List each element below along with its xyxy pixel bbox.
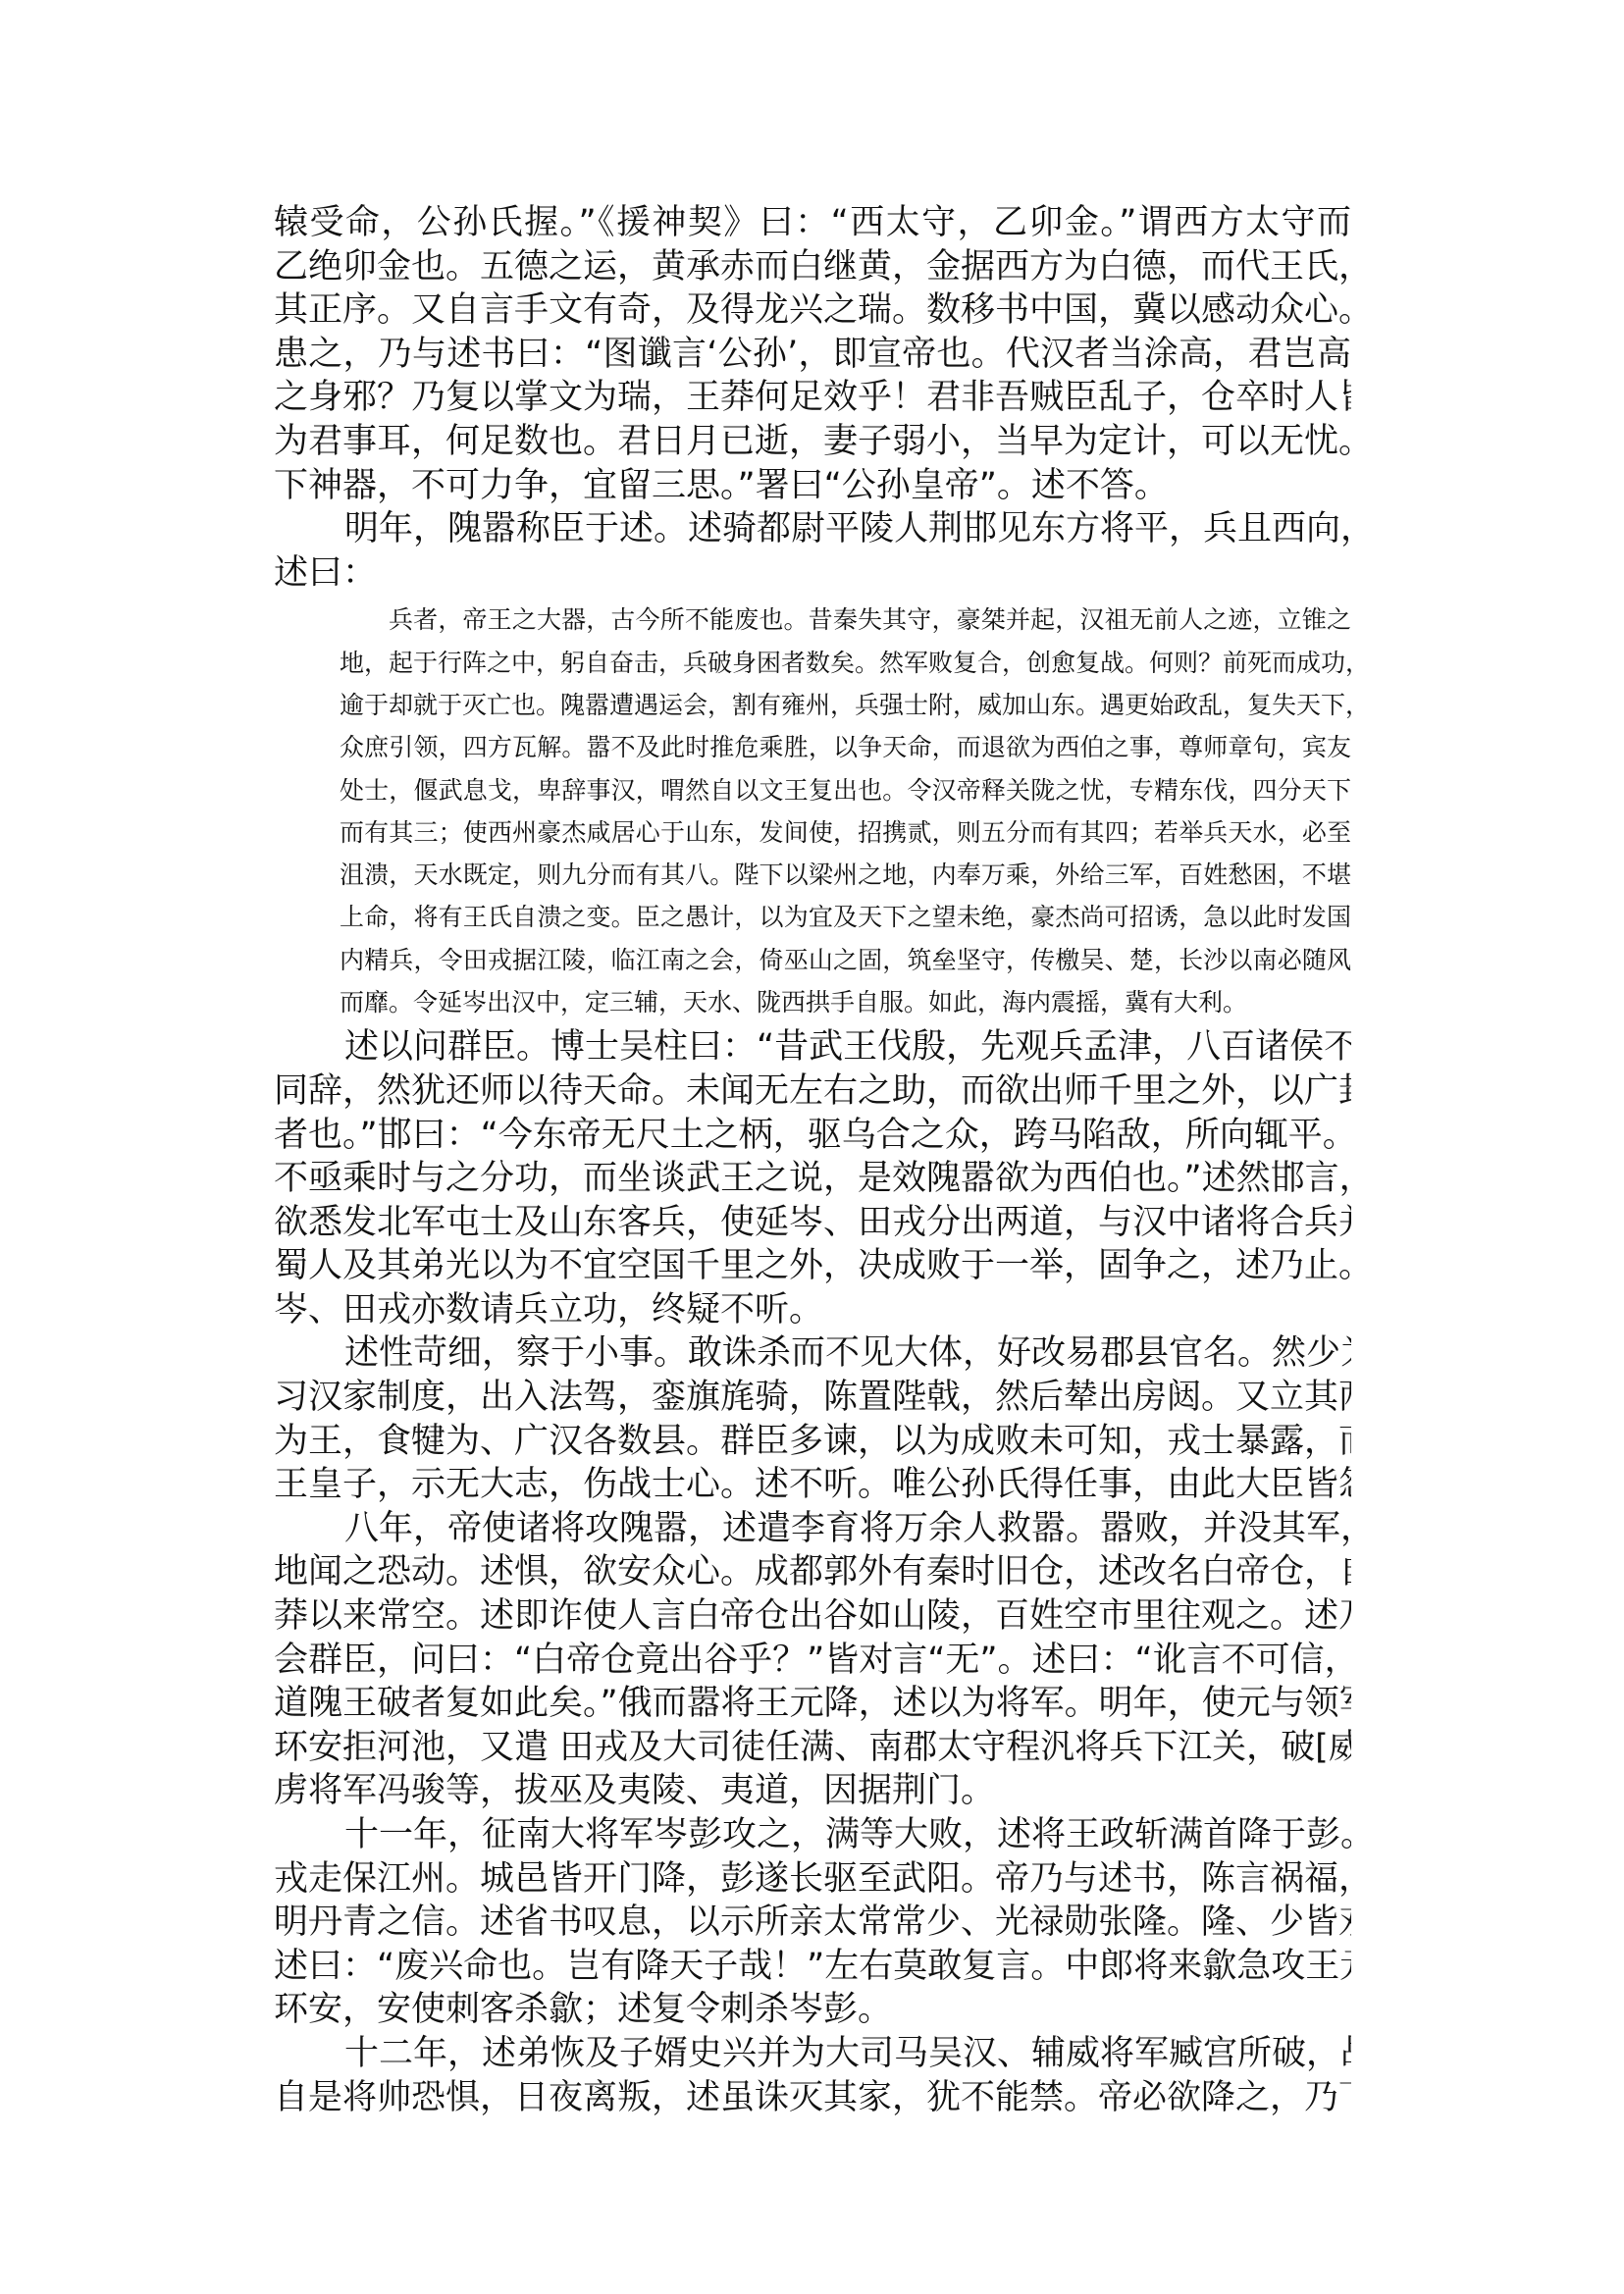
paragraph-2: 明年，隗嚣称臣于述。述骑都尉平陵人荆邯见东方将平，兵且西向，说 述曰： xyxy=(274,507,1351,595)
block-quote: 兵者，帝王之大器，古今所不能废也。昔秦失其守，豪桀并起，汉祖无前人之迹，立锥之 … xyxy=(340,599,1351,1023)
text-line: 患之，乃与述书曰：“图谶言‘公孙’，即宣帝也。代汉者当涂高，君岂高 xyxy=(274,333,1351,377)
text-line: 为王，食犍为、广汉各数县。群臣多谏，以为成败未可知，戎士暴露，而遽 xyxy=(274,1420,1351,1464)
quote-line: 上命，将有王氏自溃之变。臣之愚计，以为宜及天下之望未绝，豪杰尚可招诱，急以此时发… xyxy=(340,896,1351,938)
text-line: 十一年，征南大将军岑彭攻之，满等大败，述将王政斩满首降于彭。田 xyxy=(274,1813,1351,1857)
quote-line: 兵者，帝王之大器，古今所不能废也。昔秦失其守，豪桀并起，汉祖无前人之迹，立锥之 xyxy=(340,599,1351,641)
text-line: 环安拒河池，又遣 田戎及大司徒任满、南郡太守程汎将兵下江关，破[威] xyxy=(274,1726,1351,1770)
quote-line: 处士，偃武息戈，卑辞事汉，喟然自以文王复出也。令汉帝释关陇之忧，专精东伐，四分天… xyxy=(340,769,1351,811)
text-line: 王皇子，示无大志，伤战士心。述不听。唯公孙氏得任事，由此大臣皆怨。 xyxy=(274,1463,1351,1507)
text-line: 自是将帅恐惧，日夜离叛，述虽诛灭其家，犹不能禁。帝必欲降之，乃下诏 xyxy=(274,2076,1351,2120)
text-line: 乙绝卯金也。五德之运，黄承赤而白继黄，金据西方为白德，而代王氏，得 xyxy=(274,245,1351,289)
text-line: 戎走保江州。城邑皆开门降，彭遂长驱至武阳。帝乃与述书，陈言祸福，以 xyxy=(274,1857,1351,1902)
text-line: 八年，帝使诸将攻隗嚣，述遣李育将万余人救嚣。嚣败，并没其军，蜀 xyxy=(274,1507,1351,1551)
paragraph-7: 十二年，述弟恢及子婿史兴并为大司马吴汉、辅威将军臧宫所破，战死。 自是将帅恐惧，… xyxy=(274,2032,1351,2119)
quote-line: 而靡。令延岑出汉中，定三辅，天水、陇西拱手自服。如此，海内震摇，冀有大利。 xyxy=(340,981,1351,1023)
text-line: 者也。”邯曰：“今东帝无尺土之柄，驱乌合之众，跨马陷敌，所向辄平。 xyxy=(274,1114,1351,1158)
quote-line: 内精兵，令田戎据江陵，临江南之会，倚巫山之固，筑垒坚守，传檄吴、楚，长沙以南必随… xyxy=(340,939,1351,981)
text-line: 虏将军冯骏等，拔巫及夷陵、夷道，因据荆门。 xyxy=(274,1769,1351,1813)
text-line: 蜀人及其弟光以为不宜空国千里之外，决成败于一举，固争之，述乃止。延 xyxy=(274,1244,1351,1288)
text-line: 辕受命，公孙氏握。”《援神契》曰：“西太守，乙卯金。”谓西方太守而 xyxy=(274,201,1351,245)
text-line: 述曰：“废兴命也。岂有降天子哉！”左右莫敢复言。中郎将来歙急攻王元、 xyxy=(274,1945,1351,1989)
text-line: 之身邪？乃复以掌文为瑞，王莽何足效乎！君非吾贼臣乱子，仓卒时人皆欲 xyxy=(274,376,1351,420)
text-line: 莽以来常空。述即诈使人言白帝仓出谷如山陵，百姓空市里往观之。述乃大 xyxy=(274,1594,1351,1639)
text-line: 下神器，不可力争，宜留三思。”署曰“公孙皇帝”。述不答。 xyxy=(274,464,1351,508)
paragraph-1: 辕受命，公孙氏握。”《援神契》曰：“西太守，乙卯金。”谓西方太守而 乙绝卯金也。… xyxy=(274,201,1351,507)
text-line: 述曰： xyxy=(274,551,1351,596)
text-line: 环安，安使刺客杀歙；述复令刺杀岑彭。 xyxy=(274,1988,1351,2032)
text-line: 述以问群臣。博士吴柱曰：“昔武王伐殷，先观兵孟津，八百诸侯不期 xyxy=(274,1025,1351,1069)
text-line: 明丹青之信。述省书叹息，以示所亲太常常少、光禄勋张隆。隆、少皆劝降。 xyxy=(274,1901,1351,1945)
text-line: 述性苛细，察于小事。敢诛杀而不见大体，好改易郡县官名。然少为郎， xyxy=(274,1331,1351,1376)
text-line: 习汉家制度，出入法驾，銮旗旄骑，陈置陛戟，然后辇出房闼。又立其两子 xyxy=(274,1376,1351,1420)
text-line: 岑、田戎亦数请兵立功，终疑不听。 xyxy=(274,1288,1351,1332)
quote-line: 众庶引领，四方瓦解。嚣不及此时推危乘胜，以争天命，而退欲为西伯之事，尊师章句，宾… xyxy=(340,726,1351,768)
paragraph-3: 述以问群臣。博士吴柱曰：“昔武王伐殷，先观兵孟津，八百诸侯不期 同辞，然犹还师以… xyxy=(274,1025,1351,1331)
text-line: 会群臣，问曰：“白帝仓竟出谷乎？”皆对言“无”。述曰：“讹言不可信， xyxy=(274,1639,1351,1683)
text-line: 其正序。又自言手文有奇，及得龙兴之瑞。数移书中国，冀以感动众心。帝 xyxy=(274,288,1351,333)
text-line: 同辞，然犹还师以待天命。未闻无左右之助，而欲出师千里之外，以广封疆 xyxy=(274,1069,1351,1114)
text-line: 地闻之恐动。述惧，欲安众心。成都郭外有秦时旧仓，述改名白帝仓，自王 xyxy=(274,1550,1351,1594)
text-line: 不亟乘时与之分功，而坐谈武王之说，是效隗嚣欲为西伯也。”述然邯言， xyxy=(274,1157,1351,1201)
quote-line: 逾于却就于灭亡也。隗嚣遭遇运会，割有雍州，兵强士附，威加山东。遇更始政乱，复失天… xyxy=(340,684,1351,726)
quote-line: 地，起于行阵之中，躬自奋击，兵破身困者数矣。然军败复合，创愈复战。何则？前死而成… xyxy=(340,642,1351,684)
paragraph-4: 述性苛细，察于小事。敢诛杀而不见大体，好改易郡县官名。然少为郎， 习汉家制度，出… xyxy=(274,1331,1351,1506)
text-line: 道隗王破者复如此矣。”俄而嚣将王元降，述以为将军。明年，使元与领军 xyxy=(274,1682,1351,1726)
paragraph-6: 十一年，征南大将军岑彭攻之，满等大败，述将王政斩满首降于彭。田 戎走保江州。城邑… xyxy=(274,1813,1351,2032)
text-line: 明年，隗嚣称臣于述。述骑都尉平陵人荆邯见东方将平，兵且西向，说 xyxy=(274,507,1351,551)
quote-line: 而有其三；使西州豪杰咸居心于山东，发间使，招携贰，则五分而有其四；若举兵天水，必… xyxy=(340,811,1351,854)
paragraph-5: 八年，帝使诸将攻隗嚣，述遣李育将万余人救嚣。嚣败，并没其军，蜀 地闻之恐动。述惧… xyxy=(274,1507,1351,1813)
text-line: 十二年，述弟恢及子婿史兴并为大司马吴汉、辅威将军臧宫所破，战死。 xyxy=(274,2032,1351,2076)
text-line: 欲悉发北军屯士及山东客兵，使延岑、田戎分出两道，与汉中诸将合兵并势。 xyxy=(274,1201,1351,1245)
text-line: 为君事耳，何足数也。君日月已逝，妻子弱小，当早为定计，可以无忧。天 xyxy=(274,420,1351,464)
document-page: 辕受命，公孙氏握。”《援神契》曰：“西太守，乙卯金。”谓西方太守而 乙绝卯金也。… xyxy=(274,201,1351,2119)
quote-line: 沮溃，天水既定，则九分而有其八。陛下以梁州之地，内奉万乘，外给三军，百姓愁困，不… xyxy=(340,854,1351,896)
